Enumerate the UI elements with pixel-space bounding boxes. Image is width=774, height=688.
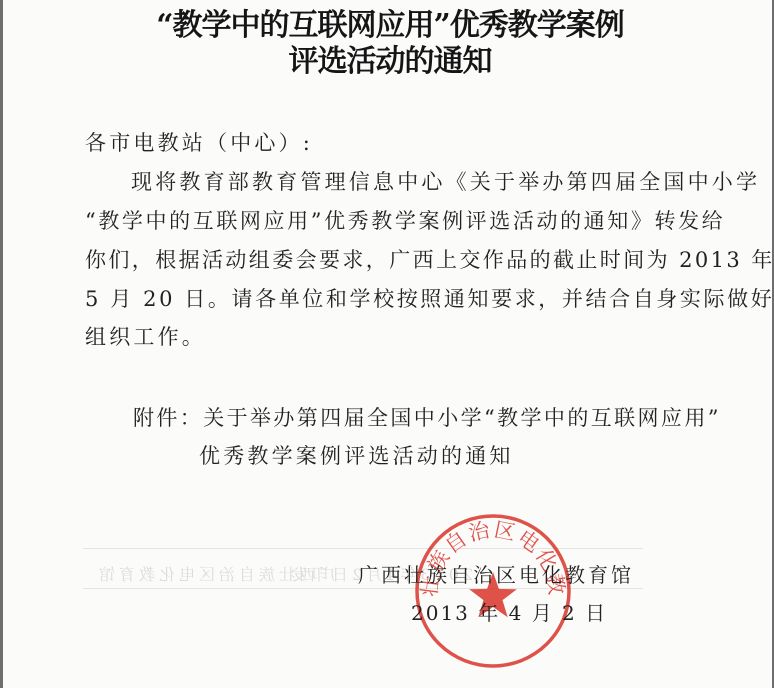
document-page: “教学中的互联网应用”优秀教学案例 评选活动的通知 各市电教站（中心）: 现将教… [0, 0, 774, 688]
salutation: 各市电教站（中心）: [85, 128, 313, 158]
body-line-5: 组织工作。 [85, 322, 206, 352]
body-line-1: 现将教育部教育管理信息中心《关于举办第四届全国中小学 [131, 167, 760, 197]
body-line-2: “教学中的互联网应用”优秀教学案例评选活动的通知》转发给 [85, 206, 725, 236]
attachment-line-2: 优秀教学案例评选活动的通知 [199, 441, 514, 471]
signing-organization: 广西壮族自治区电化教育馆 [358, 560, 634, 590]
official-seal-icon: 广西壮族自治区电化教育馆 [413, 512, 573, 670]
body-line-3: 你们，根据活动组委会要求，广西上交作品的截止时间为 2013 年 [85, 245, 774, 275]
body-line-4: 5 月 20 日。请各单位和学校按照通知要求，并结合自身实际做好 [85, 284, 774, 314]
attachment-line-1: 附件：关于举办第四届全国中小学“教学中的互联网应用” [133, 403, 721, 433]
document-title-line-1: “教学中的互联网应用”优秀教学案例 [3, 8, 774, 44]
signing-date: 2013 年 4 月 2 日 [411, 598, 607, 628]
document-title-line-2: 评选活动的通知 [3, 44, 774, 80]
